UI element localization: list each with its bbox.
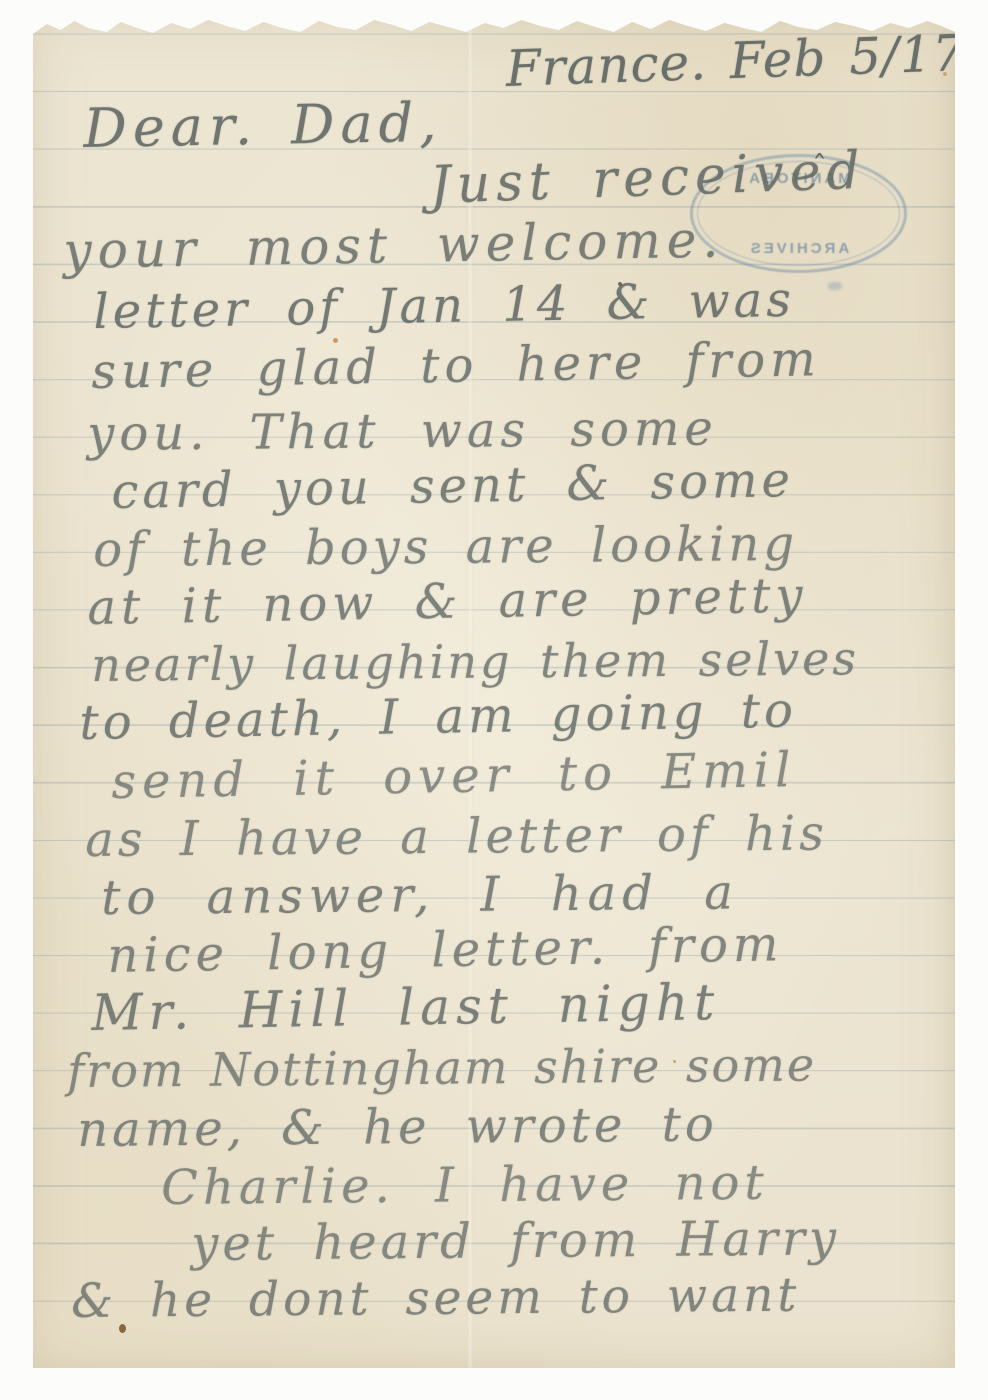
handwritten-line: send it over to Emil bbox=[111, 746, 797, 806]
paper-speck bbox=[943, 72, 947, 76]
handwritten-line: you. That was some bbox=[87, 404, 718, 458]
handwritten-line: from Nottingham shire some bbox=[67, 1041, 816, 1094]
handwritten-line: Mr. Hill last night bbox=[91, 977, 721, 1038]
handwritten-line: to death, I am going to bbox=[79, 686, 797, 747]
handwritten-line: nearly laughing them selves bbox=[91, 635, 859, 688]
salutation: Dear. Dad, bbox=[83, 96, 443, 156]
paper-speck bbox=[977, 1344, 983, 1348]
handwritten-line: Charlie. I have not bbox=[161, 1159, 769, 1212]
letter-page: MANITOBA ARCHIVES ˆ France. Feb 5/17Dear… bbox=[33, 14, 955, 1368]
paper-speck bbox=[618, 282, 622, 286]
handwritten-line: card you sent & some bbox=[111, 456, 794, 516]
stamp-ink-mark bbox=[828, 282, 842, 290]
paper-speck bbox=[119, 1324, 126, 1333]
scanned-letter: MANITOBA ARCHIVES ˆ France. Feb 5/17Dear… bbox=[0, 0, 988, 1400]
handwritten-line: Just received bbox=[429, 145, 867, 212]
dateline: France. Feb 5/17 bbox=[505, 28, 966, 94]
handwritten-line: at it now & are pretty bbox=[87, 571, 808, 632]
handwritten-line: letter of Jan 14 & was bbox=[93, 276, 795, 336]
handwritten-line: to answer, I had a bbox=[101, 868, 739, 922]
paper-speck bbox=[673, 1060, 676, 1063]
handwritten-line: yet heard from Harry bbox=[191, 1214, 840, 1268]
handwritten-line: sure glad to here from bbox=[91, 335, 821, 396]
handwritten-line: & he dont seem to want bbox=[71, 1272, 800, 1325]
handwritten-line: your most welcome. bbox=[63, 214, 725, 276]
handwritten-line: of the boys are looking bbox=[93, 520, 798, 574]
paper-speck bbox=[333, 338, 338, 343]
stamp-text-archives: ARCHIVES bbox=[693, 240, 904, 257]
handwritten-line: name, & he wrote to bbox=[77, 1100, 718, 1154]
handwritten-line: nice long letter. from bbox=[107, 920, 784, 980]
handwritten-line: as I have a letter of his bbox=[85, 810, 828, 864]
